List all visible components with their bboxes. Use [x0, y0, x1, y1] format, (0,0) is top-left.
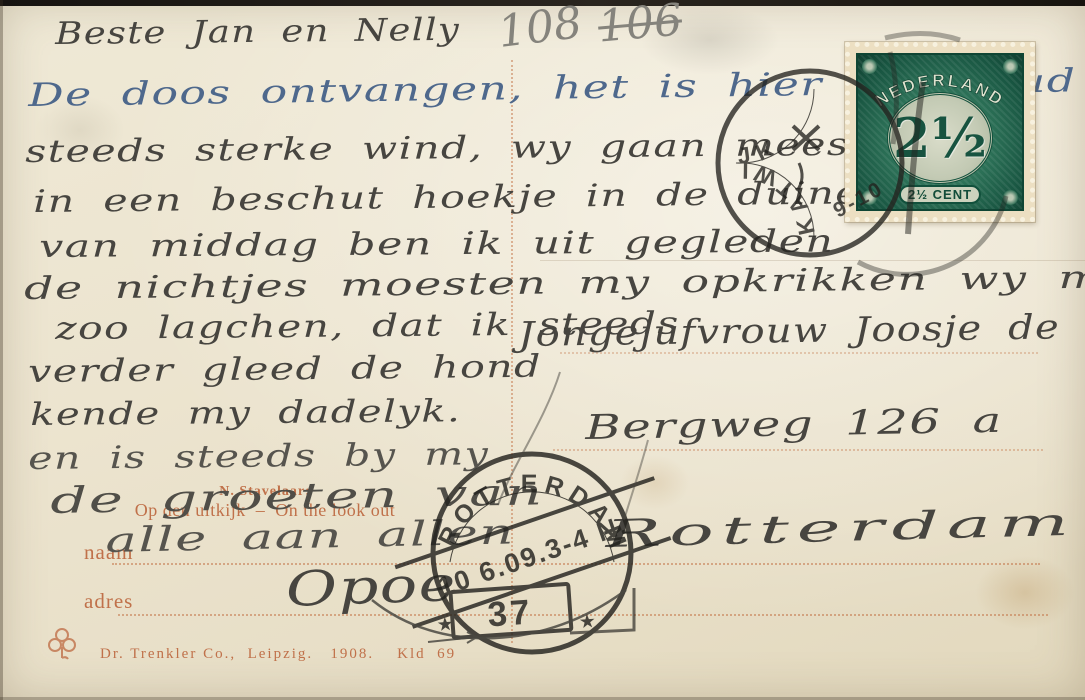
stamp-corner-ornament	[1003, 59, 1018, 74]
postmark-star-left: ★	[436, 614, 454, 636]
message-line: de nichtjes moesten my opkrikken wy moes…	[24, 258, 1085, 307]
stamp-corner-ornament	[1003, 190, 1018, 205]
message-line: verder gleed de hond	[28, 349, 542, 390]
pencil-number-crossed-out: 106	[596, 0, 684, 53]
signature-opoe: Opoe	[285, 556, 458, 618]
stamp-design: NEDERLAND 2½ 2½ CENT	[856, 53, 1024, 211]
scan-edge-left	[0, 0, 3, 700]
address-street: Bergweg 126 a	[585, 401, 1003, 448]
publisher-imprint: Dr. Trenkler Co., Leipzig. 1908. Kld 69	[100, 646, 456, 663]
stamp-denomination: 2½ CENT	[899, 185, 981, 204]
paper-stain	[620, 455, 690, 510]
address-city: Rotterdam	[605, 500, 1077, 556]
stamp-value-oval: 2½	[887, 92, 993, 184]
pencil-number-kept: 108	[495, 0, 585, 58]
address-recipient: Jongejufvrouw Joosje de Heer	[518, 306, 1085, 355]
stamp-corner-ornament	[862, 190, 877, 205]
message-line: Beste Jan en Nelly	[55, 12, 460, 52]
stamp-value: 2½	[893, 106, 987, 170]
dotted-line-adres	[118, 614, 1048, 616]
message-line: steeds sterke wind, wy gaan meestal	[25, 126, 908, 170]
stamp-corner-ornament	[862, 59, 877, 74]
paper-stain	[975, 555, 1075, 630]
address-label: adres	[84, 589, 133, 614]
dotted-line-naam	[112, 563, 1040, 565]
dotted-line-street	[553, 449, 1043, 451]
message-line: en is steeds by my	[28, 436, 489, 477]
postcard-scan: N. Stavelaar: Op den uitkijk – On the lo…	[0, 0, 1085, 700]
trenkler-trefoil-icon	[46, 626, 78, 662]
message-line: kende my dadelyk.	[30, 393, 461, 433]
postage-stamp: NEDERLAND 2½ 2½ CENT	[845, 42, 1035, 222]
message-line: alle aan allen	[105, 512, 515, 561]
message-line: van middag ben ik uit gegleden	[39, 223, 834, 265]
message-line: in een beschut hoekje in de duinen	[33, 175, 889, 220]
